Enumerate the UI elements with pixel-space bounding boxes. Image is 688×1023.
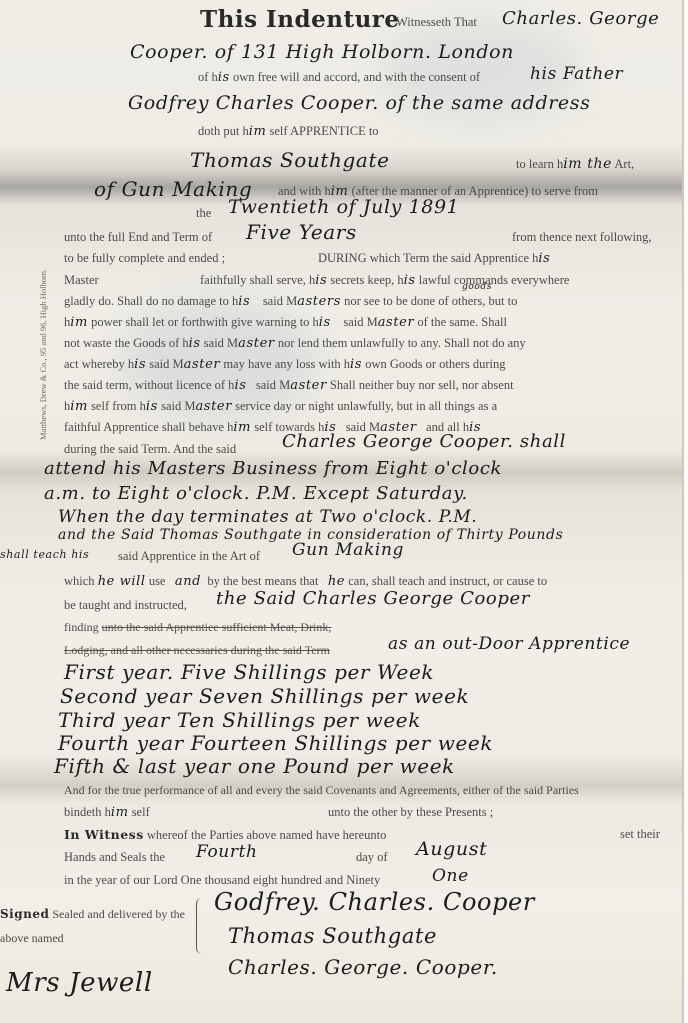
handwritten-text: as an out-Door Apprentice	[388, 634, 630, 654]
print-text: Hands and Seals the	[64, 850, 165, 865]
handwritten-wage-line: Fifth & last year one Pound per week	[54, 754, 455, 778]
print-text: finding unto the said Apprentice suffici…	[64, 620, 331, 635]
handwritten-term: Five Years	[246, 220, 357, 244]
handwritten-wage-line: First year. Five Shillings per Week	[64, 660, 434, 684]
print-text: which he will use and by the best means …	[64, 574, 547, 589]
print-text: to learn him the Art,	[516, 156, 634, 172]
print-text: in the year of our Lord One thousand eig…	[64, 873, 380, 888]
print-text: bindeth him self	[64, 805, 150, 820]
print-text: Master	[64, 273, 99, 288]
print-text: to be fully complete and ended ;	[64, 251, 225, 266]
document-title: This Indenture	[200, 6, 400, 33]
print-text: him self from his said Master service da…	[64, 399, 497, 414]
handwritten-month: August	[416, 838, 487, 860]
print-text: Witnesseth That	[396, 15, 477, 30]
signature-master: Thomas Southgate	[228, 924, 437, 948]
print-text: act whereby his said Master may have any…	[64, 357, 505, 372]
print-text: DURING which Term the said Apprentice hi…	[318, 251, 550, 266]
handwritten-text: his Father	[530, 64, 623, 84]
handwritten-clause: a.m. to Eight o'clock. P.M. Except Satur…	[44, 483, 468, 504]
print-text: gladly do. Shall do no damage to his sai…	[64, 294, 517, 309]
print-text: not waste the Goods of his said Master n…	[64, 336, 526, 351]
print-text: of his own free will and accord, and wit…	[198, 70, 480, 85]
print-text: during the said Term. And the said	[64, 442, 236, 457]
handwritten-wage-line: Fourth year Fourteen Shillings per week	[58, 731, 493, 755]
signature-label: above named	[0, 931, 64, 946]
handwritten-text: shall teach his	[0, 548, 89, 561]
print-text: faithfully shall serve, his secrets keep…	[200, 273, 569, 288]
handwritten-clause: Charles George Cooper. shall	[282, 431, 566, 452]
print-text: set their	[620, 827, 660, 842]
signature-apprentice: Charles. George. Cooper.	[228, 955, 498, 979]
print-text: be taught and instructed,	[64, 598, 187, 613]
print-text: said Apprentice in the Art of	[118, 549, 260, 564]
indenture-document: Matthews, Drew & Co., 95 and 96, High Ho…	[0, 0, 684, 1023]
handwritten-apprentice-name: the Said Charles George Cooper	[216, 588, 530, 609]
printer-imprint: Matthews, Drew & Co., 95 and 96, High Ho…	[38, 269, 48, 440]
print-text: And for the true performance of all and …	[64, 783, 579, 798]
print-text: unto the other by these Presents ;	[328, 805, 493, 820]
print-text: In Witness whereof the Parties above nam…	[64, 827, 386, 843]
print-text: him power shall let or forthwith give wa…	[64, 315, 507, 330]
handwritten-wage-line: Second year Seven Shillings per week	[60, 684, 469, 708]
handwritten-start-date: Twentieth of July 1891	[228, 196, 459, 218]
handwritten-father-name: Godfrey Charles Cooper. of the same addr…	[128, 92, 590, 114]
signature-label: Signed Sealed and delivered by the	[0, 907, 185, 922]
print-text: unto the full End and Term of	[64, 230, 212, 245]
signature-father: Godfrey. Charles. Cooper	[214, 888, 535, 916]
brace	[196, 898, 207, 954]
print-text: the said term, without licence of his sa…	[64, 378, 514, 393]
signature-witness: Mrs Jewell	[6, 968, 153, 998]
print-text: day of	[356, 850, 388, 865]
handwritten-address: Cooper. of 131 High Holborn. London	[130, 41, 514, 63]
handwritten-wage-line: Third year Ten Shillings per week	[58, 708, 421, 732]
handwritten-clause: attend his Masters Business from Eight o…	[44, 458, 502, 479]
print-text: doth put him self APPRENTICE to	[198, 124, 379, 139]
print-text: the	[196, 206, 211, 221]
struck-print-text: Lodging, and all other necessaries durin…	[64, 643, 330, 658]
print-text: from thence next following,	[512, 230, 652, 245]
handwritten-master-name: Thomas Southgate	[190, 148, 390, 172]
handwritten-day: Fourth	[196, 842, 258, 862]
handwritten-trade: Gun Making	[292, 540, 404, 560]
handwritten-apprentice-name: Charles. George	[502, 8, 659, 29]
handwritten-insertion: goods	[462, 282, 492, 292]
handwritten-clause: When the day terminates at Two o'clock. …	[58, 507, 477, 527]
handwritten-year: One	[432, 866, 469, 886]
